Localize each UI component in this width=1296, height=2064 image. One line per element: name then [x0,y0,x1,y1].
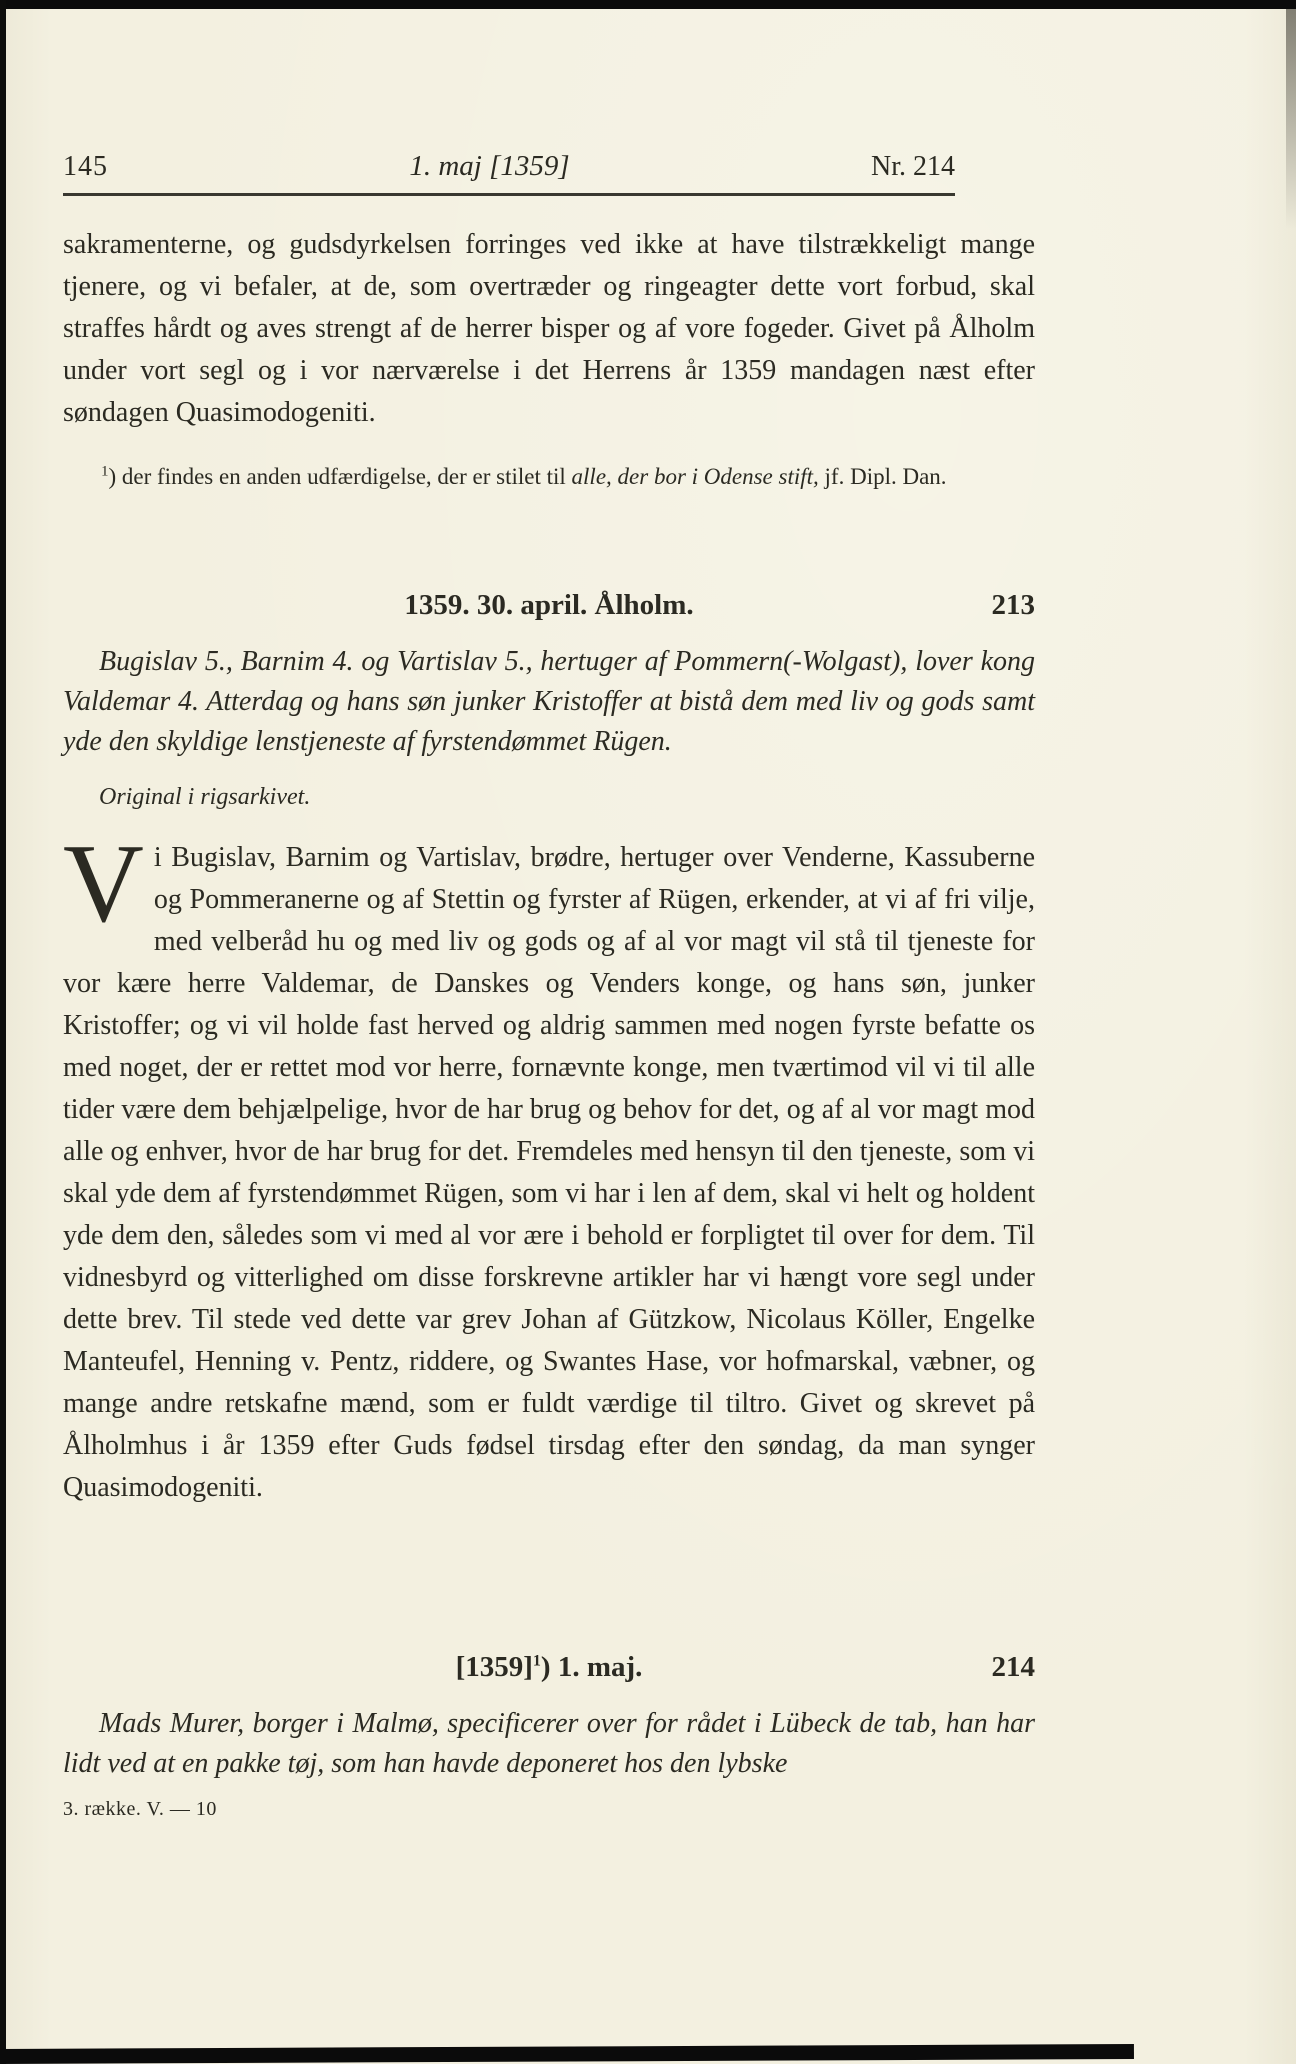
footnote-text-before: ) der findes en anden udfærdigelse, der … [109,464,572,489]
running-header: 145 1. maj [1359] Nr. 214 [63,150,955,196]
scan-edge-left [0,0,6,2064]
page-number: 145 [63,151,108,183]
scan-edge-right-shade [1286,9,1296,229]
entry-214-heading-row: [1359]1) 1. maj. 214 [63,1651,1035,1684]
scan-edge-bottom [0,2044,1134,2064]
entry-214-number: 214 [992,1651,1036,1684]
entry-214-heading-post: ) 1. maj. [541,1651,642,1683]
footnote: 1) der findes en anden udfærdigelse, der… [63,460,1035,493]
drop-cap-initial: V [63,837,154,925]
entry-213-body-text: i Bugislav, Barnim og Vartislav, brødre,… [63,842,1035,1503]
entry-214-footnote-marker: 1 [533,1652,541,1669]
entry-213-source: Original i rigsarkivet. [63,784,1035,811]
running-title: 1. maj [1359] [108,150,871,183]
entry-213-summary: Bugislav 5., Barnim 4. og Vartislav 5., … [63,642,1035,762]
entry-number-label: Nr. 214 [871,151,955,183]
volume-signature: 3. række. V. — 10 [63,1798,1035,1821]
scan-edge-top [0,0,1296,9]
entry-214-summary: Mads Murer, borger i Malmø, specificerer… [63,1704,1035,1784]
entry-213-body: Vi Bugislav, Barnim og Vartislav, brødre… [63,837,1035,1509]
entry-214-heading-pre: [1359] [456,1651,533,1683]
footnote-marker: 1 [101,463,109,479]
type-area: 145 1. maj [1359] Nr. 214 sakramenterne,… [63,150,1035,1821]
footnote-text-after: jf. Dipl. Dan. [819,464,947,489]
entry-213-heading: 1359. 30. april. Ålholm. [404,589,693,621]
footnote-italic: alle, der bor i Odense stift, [572,464,819,489]
scanned-book-page: 145 1. maj [1359] Nr. 214 sakramenterne,… [0,0,1296,2064]
continuation-paragraph: sakramenterne, og gudsdyrkelsen forringe… [63,224,1035,434]
entry-213-heading-row: 1359. 30. april. Ålholm. 213 [63,589,1035,622]
entry-213-number: 213 [992,589,1036,622]
